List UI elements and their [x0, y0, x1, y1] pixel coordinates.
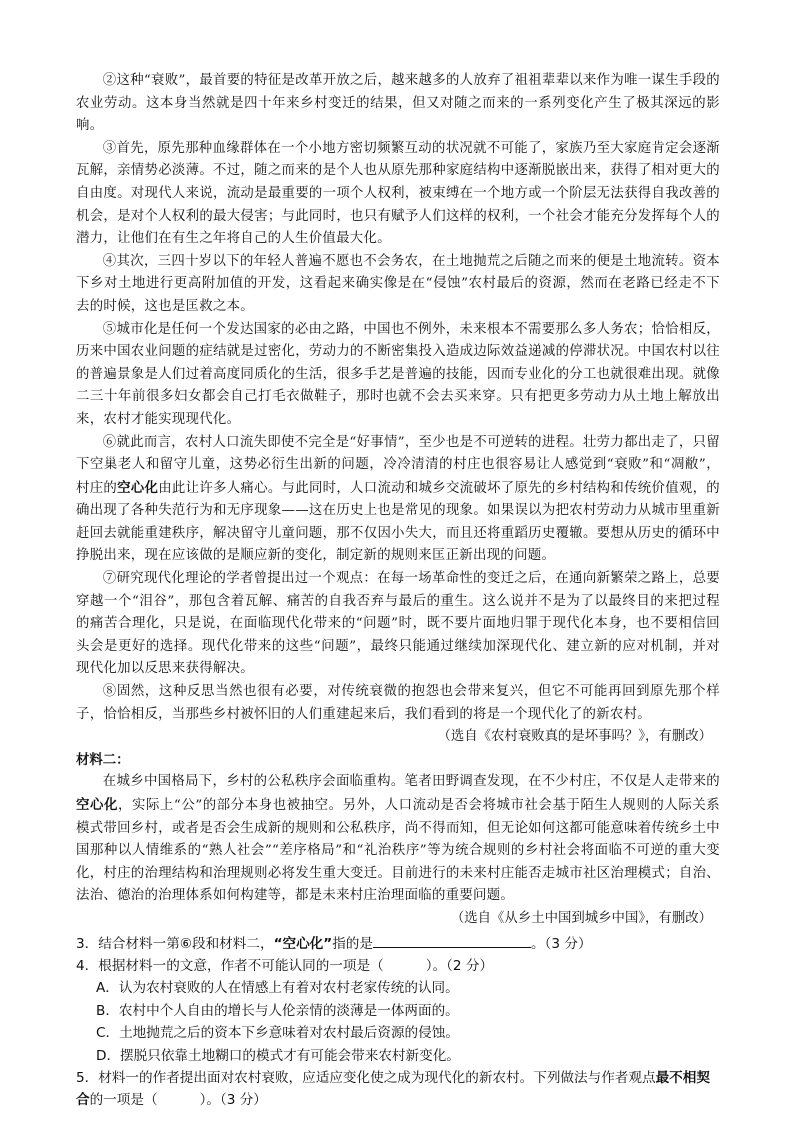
emphasis-hollowing: 空心化 [117, 480, 158, 496]
q4-stem-before: 4．根据材料一的文意，作者不可能认同的一项是（ [76, 958, 384, 974]
q3-suffix: 。（3 分） [531, 936, 592, 952]
paragraph-5: ⑤城市化是任何一个发达国家的必由之路，中国也不例外，未来根本不需要那么多人务农；… [76, 319, 720, 432]
material-two-heading: 材料二： [76, 749, 720, 772]
question-4: 4．根据材料一的文意，作者不可能认同的一项是（）。（2 分） [76, 955, 720, 977]
q4-option-c: C．土地抛荒之后的资本下乡意味着对农村最后资源的侵蚀。 [76, 1022, 720, 1044]
q5-stem-before: 5．材料一的作者提出面对农村衰败，应适应变化使之成为现代化的新农村。下列做法与作… [76, 1070, 656, 1086]
exam-page: ②这种“衰败”，最首要的特征是改革开放之后，越来越多的人放弃了祖祖辈辈以来作为唯… [0, 0, 794, 1123]
q5-stem-after: ）。（3 分） [200, 1092, 267, 1108]
paragraph-7: ⑦研究现代化理论的学者曾提出过一个观点：在每一场革命性的变迁之后，在通向新繁荣之… [76, 568, 720, 681]
q4-stem-after: ）。（2 分） [426, 958, 493, 974]
q4-option-a: A．认为农村衰败的人在情感上有着对农村老家传统的认同。 [76, 977, 720, 999]
paragraph-8: ⑧固然，这种反思当然也很有必要，对传统衰微的抱怨也会带来复兴，但它不可能再回到原… [76, 681, 720, 726]
q3-answer-blank[interactable] [373, 933, 531, 948]
paragraph-4: ④其次，三四十岁以下的年轻人普遍不愿也不会务农，在土地抛荒之后随之而来的便是土地… [76, 251, 720, 319]
q3-mid: 指的是 [332, 936, 373, 952]
material-one-citation: （选自《农村衰败真的是坏事吗？》，有删改） [76, 726, 720, 749]
paragraph-6-text-after: 由此让许多人痛心。与此同时，人口流动和城乡交流破坏了原先的乡村结构和传统价值观，… [76, 481, 720, 564]
material-two-text-after: ，实际上“公”的部分本身也被抽空。另外，人口流动是否会将城市社会基于陌生人规则的… [76, 798, 720, 903]
q3-prefix: 3．结合材料一第⑥段和材料二， [76, 936, 274, 952]
q4-option-d: D．摆脱只依靠土地糊口的模式才有可能会带来农村新变化。 [76, 1045, 720, 1067]
paragraph-2: ②这种“衰败”，最首要的特征是改革开放之后，越来越多的人放弃了祖祖辈辈以来作为唯… [76, 70, 720, 138]
q4-option-b: B．农村中个人自由的增长与人伦亲情的淡薄是一体两面的。 [76, 1000, 720, 1022]
q5-stem-mid: 的一项是（ [90, 1092, 158, 1108]
material-two-text-before: 在城乡中国格局下，乡村的公私秩序会面临重构。笔者田野调查发现，在不少村庄，不仅是… [103, 774, 720, 789]
material-two-paragraph: 在城乡中国格局下，乡村的公私秩序会面临重构。笔者田野调查发现，在不少村庄，不仅是… [76, 771, 720, 908]
emphasis-hollowing-2: 空心化 [76, 797, 118, 813]
paragraph-3: ③首先，原先那种血缘群体在一个小地方密切频繁互动的状况就不可能了，家族乃至大家庭… [76, 138, 720, 251]
q3-emphasis: “空心化” [274, 936, 333, 952]
paragraph-6: ⑥就此而言，农村人口流失即使不完全是“好事情”，至少也是不可逆转的进程。壮劳力都… [76, 432, 720, 569]
question-5: 5．材料一的作者提出面对农村衰败，应适应变化使之成为现代化的新农村。下列做法与作… [76, 1067, 720, 1112]
material-two-citation: （选自《从乡土中国到城乡中国》，有删改） [76, 908, 720, 931]
question-3: 3．结合材料一第⑥段和材料二，“空心化”指的是。（3 分） [76, 933, 720, 955]
material-one: ②这种“衰败”，最首要的特征是改革开放之后，越来越多的人放弃了祖祖辈辈以来作为唯… [76, 70, 720, 1112]
